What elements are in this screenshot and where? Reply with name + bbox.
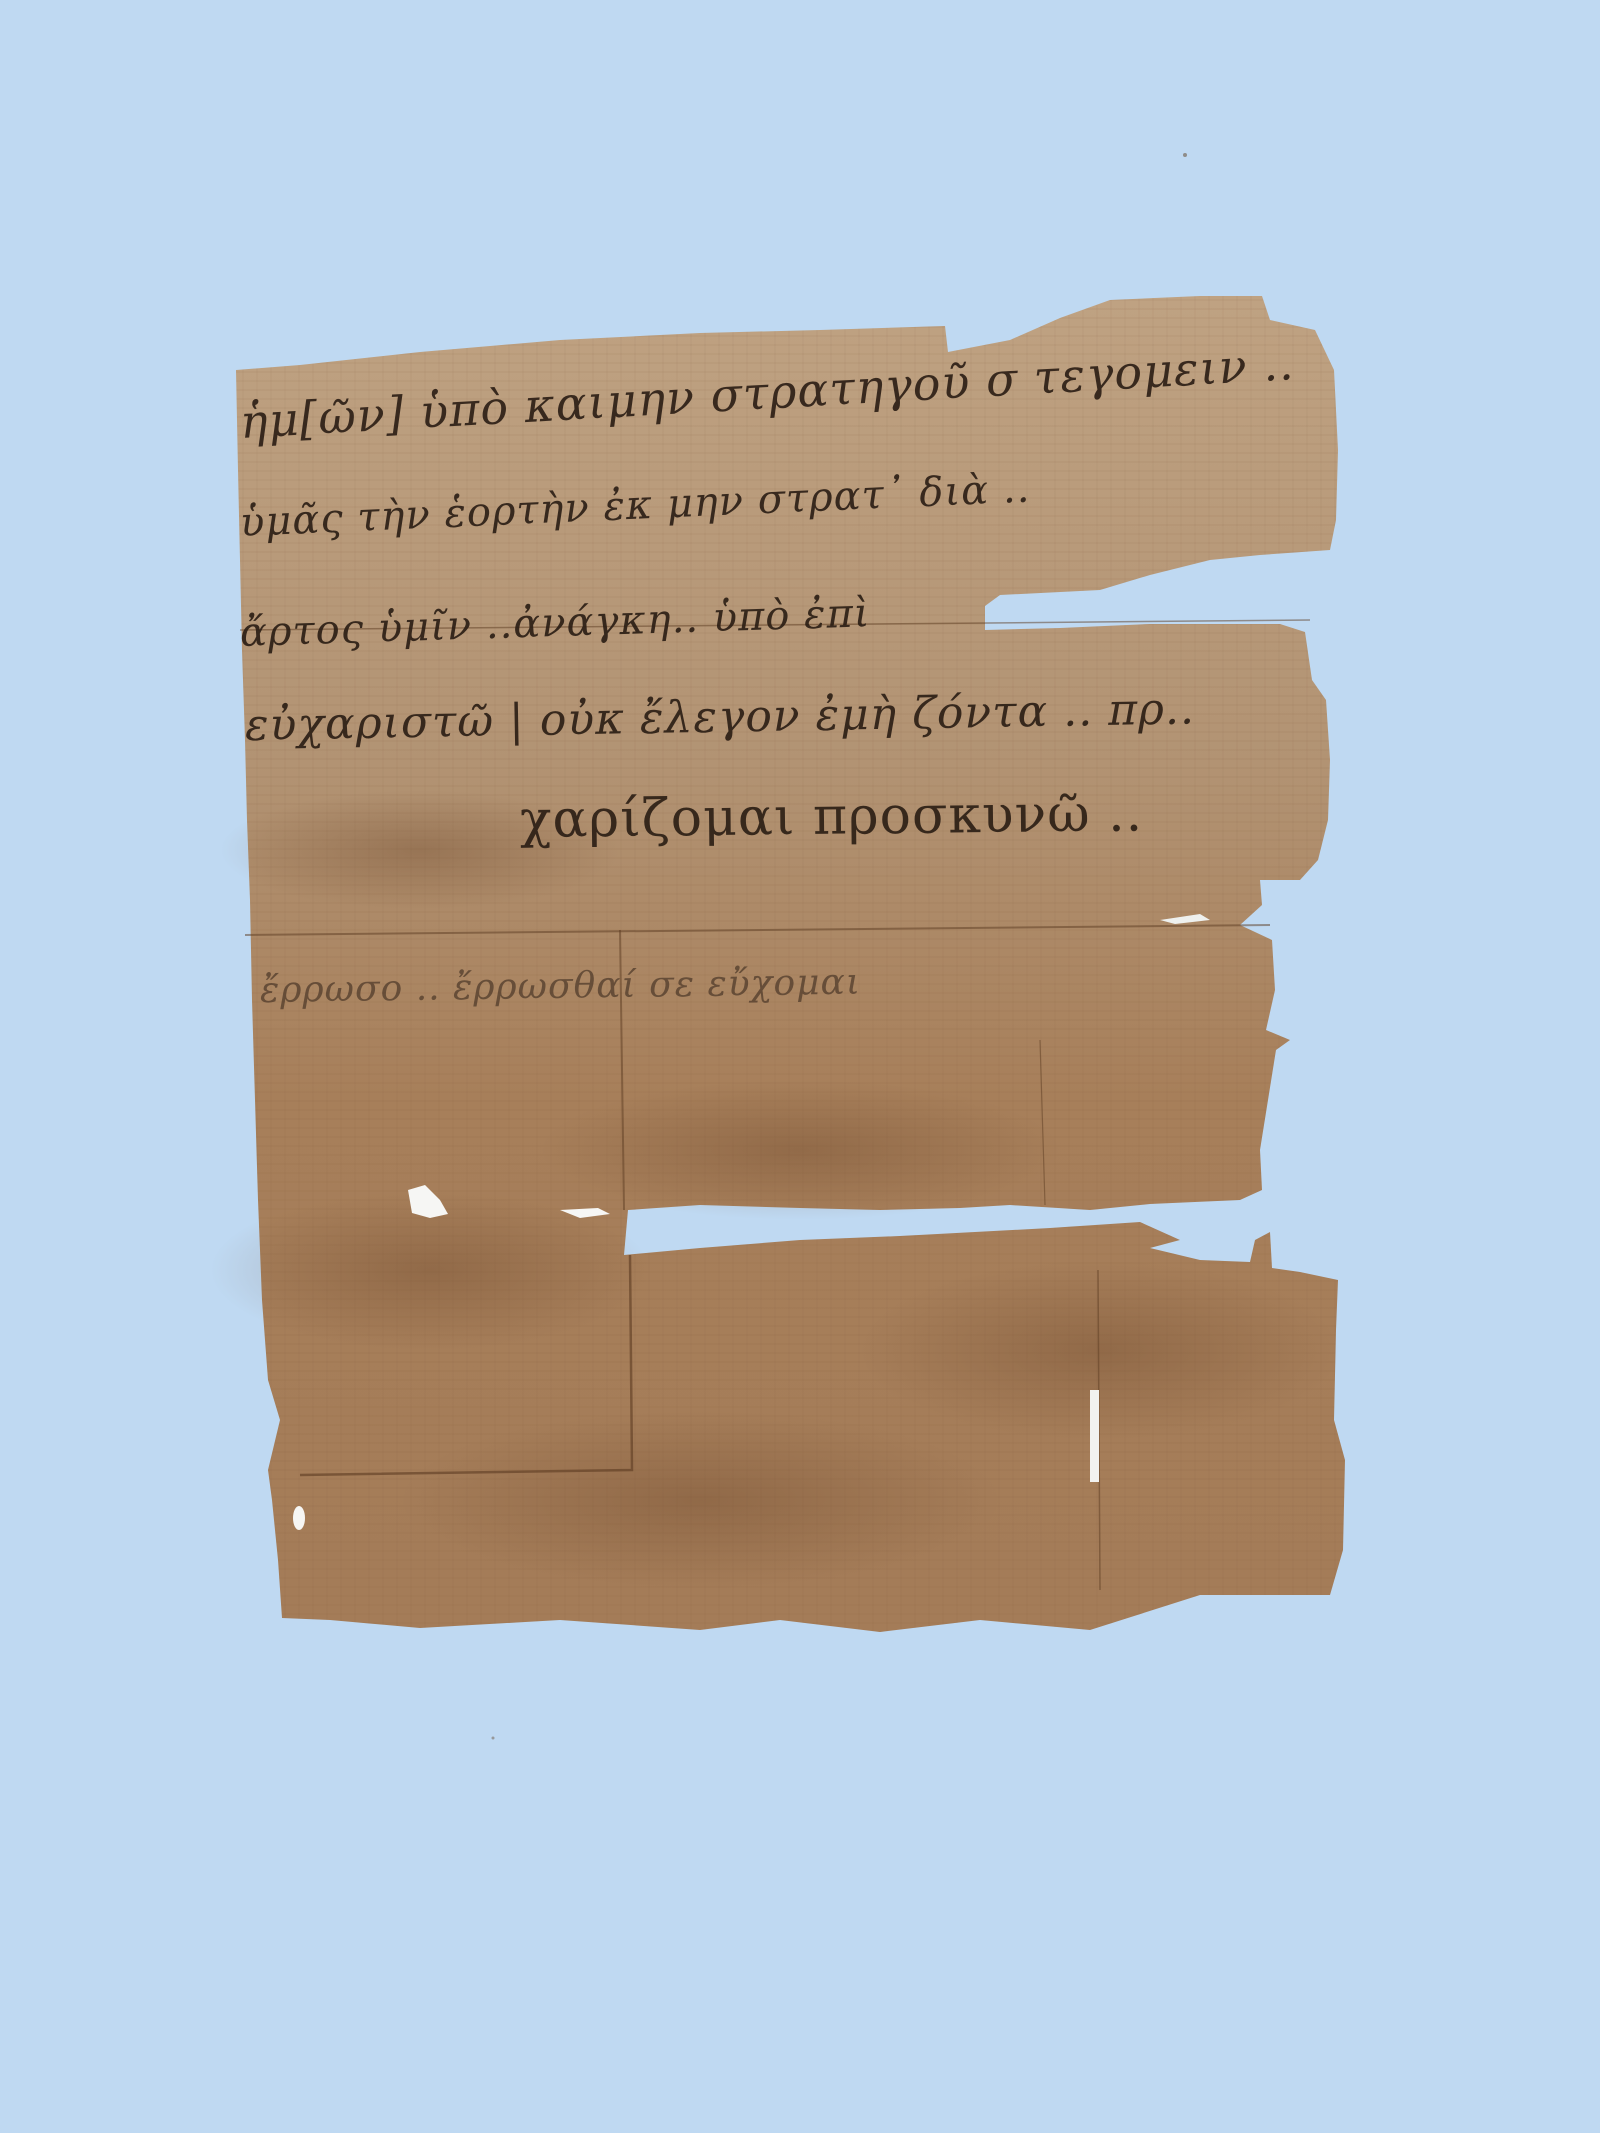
papyrus-photo [0, 0, 1600, 2133]
papyrus-line-5: χαρίζομαι προσκυνῶ .. [520, 783, 1144, 850]
papyrus-line-6: ἔρρωσο .. ἔρρωσθαί σε εὔχομαι [260, 962, 862, 1011]
